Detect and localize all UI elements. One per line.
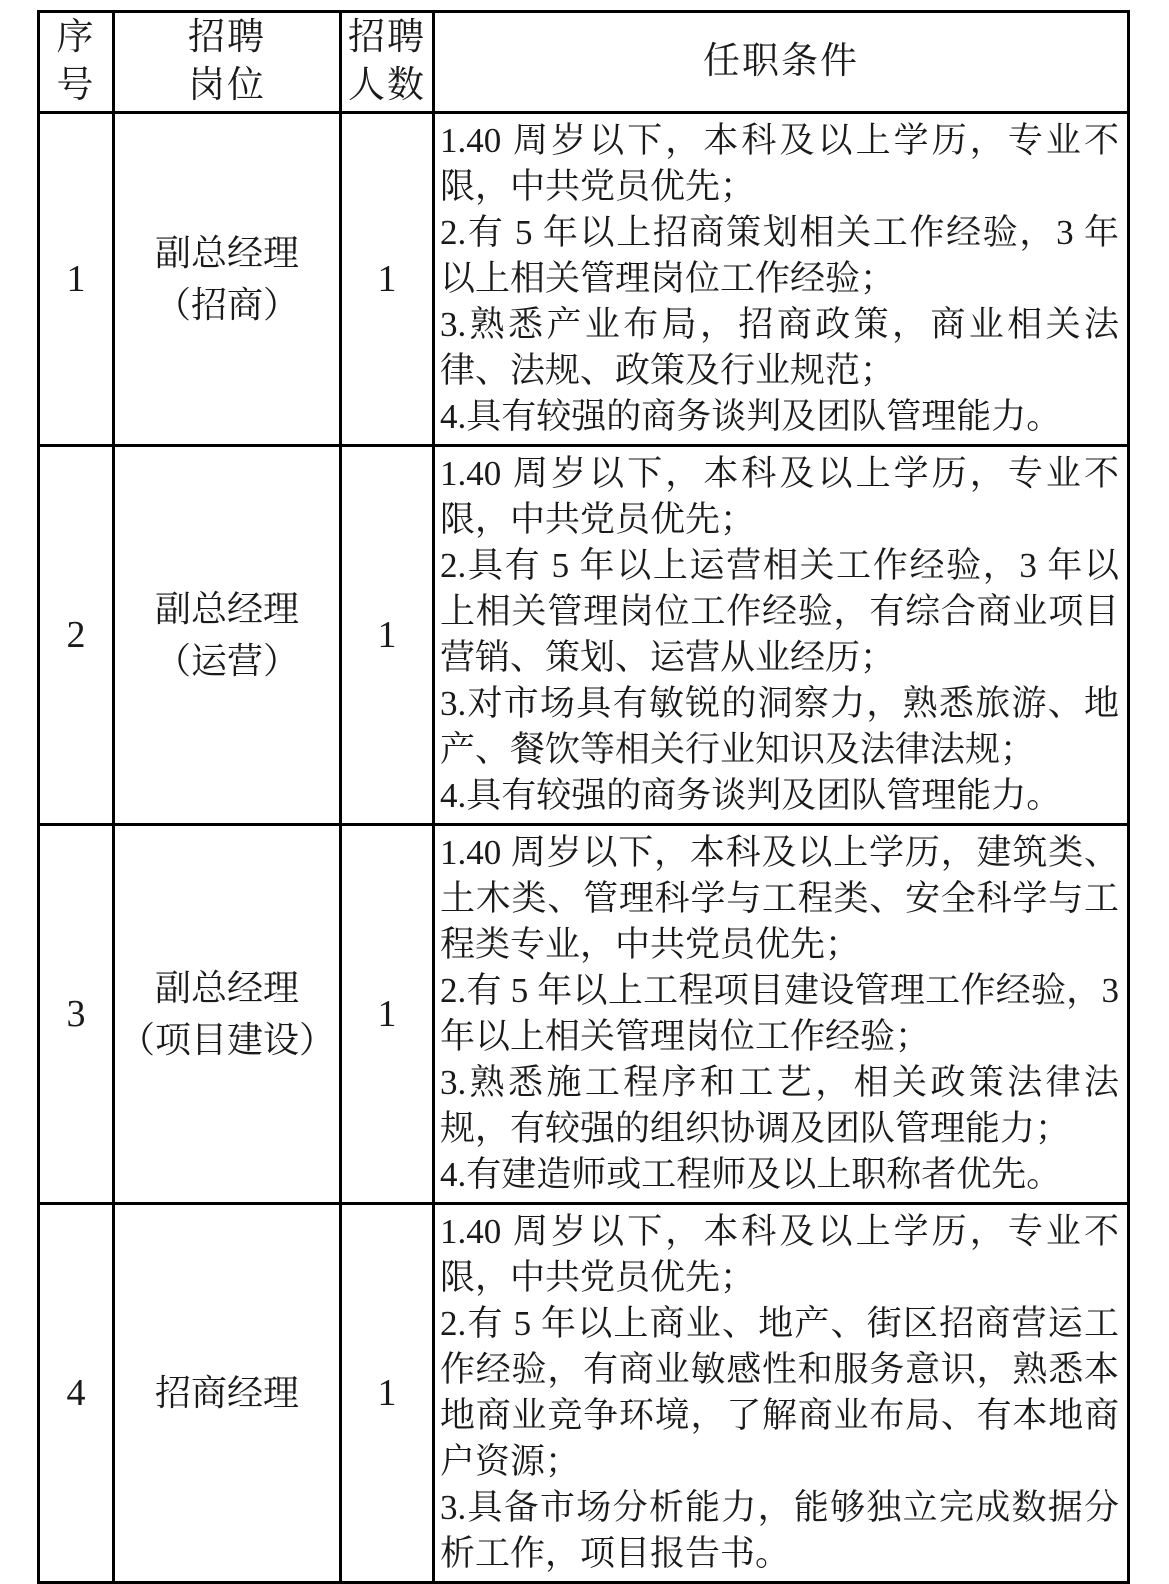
- header-requirements: 任职条件: [434, 12, 1129, 113]
- requirement-item: 4.有建造师或工程师及以上职称者优先。: [440, 1152, 1119, 1198]
- requirement-item: 2.具有 5 年以上运营相关工作经验，3 年以上相关管理岗位工作经验，有综合商业…: [440, 543, 1119, 681]
- cell-position: 招商经理: [114, 1204, 341, 1583]
- table-row: 3 副总经理 （项目建设） 1 1.40 周岁以下，本科及以上学历，建筑类、土木…: [39, 825, 1129, 1204]
- requirement-item: 1.40 周岁以下，本科及以上学历，专业不限，中共党员优先；: [440, 1209, 1119, 1301]
- requirement-item: 4.具有较强的商务谈判及团队管理能力。: [440, 773, 1119, 819]
- cell-position: 副总经理 （项目建设）: [114, 825, 341, 1204]
- requirement-item: 3.熟悉产业布局，招商政策，商业相关法律、法规、政策及行业规范；: [440, 302, 1119, 394]
- table-row: 4 招商经理 1 1.40 周岁以下，本科及以上学历，专业不限，中共党员优先； …: [39, 1204, 1129, 1583]
- header-serial-number: 序 号: [39, 12, 114, 113]
- table-row: 1 副总经理 （招商） 1 1.40 周岁以下，本科及以上学历，专业不限，中共党…: [39, 113, 1129, 446]
- requirement-item: 1.40 周岁以下，本科及以上学历，专业不限，中共党员优先；: [440, 118, 1119, 210]
- cell-headcount: 1: [341, 113, 434, 446]
- header-position: 招聘 岗位: [114, 12, 341, 113]
- header-headcount: 招聘 人数: [341, 12, 434, 113]
- requirement-item: 2.有 5 年以上工程项目建设管理工作经验，3 年以上相关管理岗位工作经验；: [440, 968, 1119, 1060]
- table-header-row: 序 号 招聘 岗位 招聘 人数 任职条件: [39, 12, 1129, 113]
- requirement-item: 1.40 周岁以下，本科及以上学历，建筑类、土木类、管理科学与工程类、安全科学与…: [440, 830, 1119, 968]
- requirement-item: 3.具备市场分析能力，能够独立完成数据分析工作，项目报告书。: [440, 1485, 1119, 1577]
- cell-serial-number: 2: [39, 446, 114, 825]
- requirement-item: 2.有 5 年以上招商策划相关工作经验，3 年以上相关管理岗位工作经验；: [440, 210, 1119, 302]
- cell-position: 副总经理 （运营）: [114, 446, 341, 825]
- requirement-item: 4.具有较强的商务谈判及团队管理能力。: [440, 394, 1119, 440]
- requirement-item: 1.40 周岁以下，本科及以上学历，专业不限，中共党员优先；: [440, 451, 1119, 543]
- requirement-item: 2.有 5 年以上商业、地产、街区招商营运工作经验，有商业敏感性和服务意识，熟悉…: [440, 1301, 1119, 1485]
- cell-requirements: 1.40 周岁以下，本科及以上学历，建筑类、土木类、管理科学与工程类、安全科学与…: [434, 825, 1129, 1204]
- cell-headcount: 1: [341, 446, 434, 825]
- cell-requirements: 1.40 周岁以下，本科及以上学历，专业不限，中共党员优先； 2.具有 5 年以…: [434, 446, 1129, 825]
- cell-requirements: 1.40 周岁以下，本科及以上学历，专业不限，中共党员优先； 2.有 5 年以上…: [434, 113, 1129, 446]
- cell-headcount: 1: [341, 825, 434, 1204]
- cell-requirements: 1.40 周岁以下，本科及以上学历，专业不限，中共党员优先； 2.有 5 年以上…: [434, 1204, 1129, 1583]
- cell-serial-number: 1: [39, 113, 114, 446]
- requirement-item: 3.对市场具有敏锐的洞察力，熟悉旅游、地产、餐饮等相关行业知识及法律法规；: [440, 681, 1119, 773]
- cell-serial-number: 4: [39, 1204, 114, 1583]
- requirement-item: 3.熟悉施工程序和工艺，相关政策法律法规，有较强的组织协调及团队管理能力；: [440, 1060, 1119, 1152]
- table-row: 2 副总经理 （运营） 1 1.40 周岁以下，本科及以上学历，专业不限，中共党…: [39, 446, 1129, 825]
- cell-position: 副总经理 （招商）: [114, 113, 341, 446]
- recruitment-table: 序 号 招聘 岗位 招聘 人数 任职条件 1 副总经理 （招商） 1 1.40 …: [37, 10, 1130, 1584]
- cell-serial-number: 3: [39, 825, 114, 1204]
- cell-headcount: 1: [341, 1204, 434, 1583]
